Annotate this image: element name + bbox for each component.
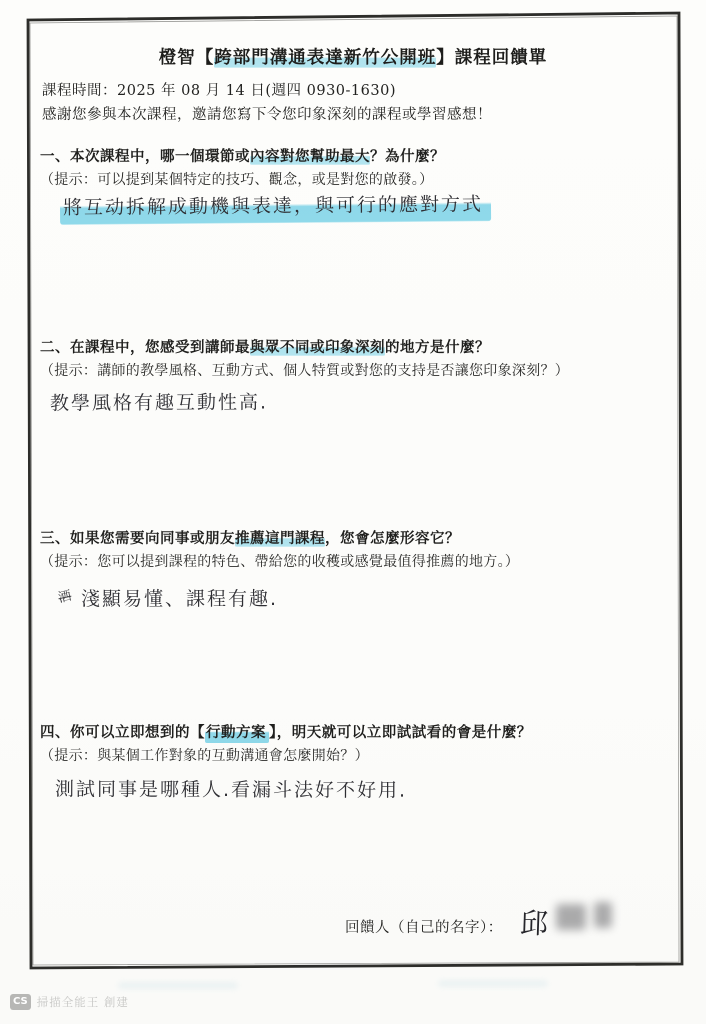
- question-2-hint: （提示：講師的教學風格、互動方式、個人特質或對您的支持是否讓您印象深刻？）: [40, 360, 569, 380]
- question-4-highlighted: 行動方案: [205, 724, 269, 743]
- question-2: 二、在課程中，您感受到講師最與眾不同或印象深刻的地方是什麼？: [40, 336, 490, 357]
- question-2-suffix: 的地方是什麼？: [385, 339, 490, 356]
- signature-handwriting: 邱: [519, 902, 548, 943]
- form-title-suffix: 】課程回饋單: [436, 48, 547, 68]
- question-2-prefix: 二、在課程中，您感受到講師最: [40, 339, 250, 356]
- answer-3-scratched-char: 洒: [56, 585, 73, 606]
- scanner-watermark: CS 掃描全能王 創建: [10, 994, 129, 1010]
- course-time: 課程時間：2025 年 08 月 14 日(週四 0930-1630): [42, 79, 396, 100]
- question-1: 一、本次課程中，哪一個環節或內容對您幫助最大？為什麼？: [40, 145, 445, 166]
- scan-smudge: [438, 980, 548, 987]
- form-title-highlighted: 跨部門溝通表達新竹公開班: [214, 48, 436, 68]
- signature-redacted-blob: [556, 904, 586, 930]
- answer-3-text: 淺顯易懂、課程有趣.: [81, 588, 278, 610]
- answer-1-handwriting: 將互动拆解成動機與表達，與可行的應對方式: [60, 188, 491, 225]
- question-3-prefix: 三、如果您需要向同事或朋友: [40, 530, 235, 547]
- question-4-prefix: 四、你可以立即想到的【: [40, 724, 205, 741]
- signature-redacted-blob: [594, 902, 612, 928]
- question-4: 四、你可以立即想到的【行動方案】，明天就可以立即試試看的會是什麼？: [40, 721, 532, 742]
- question-3: 三、如果您需要向同事或朋友推薦這門課程，您會怎麼形容它？: [40, 527, 460, 548]
- question-3-highlighted: 推薦這門課程: [235, 530, 325, 547]
- scan-smudge: [118, 982, 238, 989]
- question-4-hint: （提示：與某個工作對象的互動溝通會怎麼開始？）: [40, 745, 369, 765]
- question-4-suffix: 】，明天就可以立即試試看的會是什麼？: [269, 724, 532, 741]
- answer-3-handwriting: 洒淺顯易懂、課程有趣.: [58, 584, 278, 611]
- question-1-hint: （提示：可以提到某個特定的技巧、觀念，或是對您的啟發。）: [40, 169, 433, 189]
- answer-4-handwriting: 測試同事是哪種人.看漏斗法好不好用.: [55, 774, 407, 802]
- question-2-highlighted: 與眾不同或印象深刻: [250, 339, 385, 356]
- question-1-highlighted: 內容對您幫助最大: [250, 148, 370, 165]
- intro-text: 感謝您參與本次課程，邀請您寫下令您印象深刻的課程或學習感想！: [42, 103, 492, 124]
- scanned-paper: 橙智【跨部門溝通表達新竹公開班】課程回饋單 課程時間：2025 年 08 月 1…: [0, 0, 706, 1024]
- form-title-prefix: 橙智【: [159, 48, 215, 68]
- signature-label: 回饋人（自己的名字）：: [345, 916, 503, 937]
- question-3-hint: （提示：您可以提到課程的特色、帶給您的收穫或感覺最值得推薦的地方。）: [40, 551, 519, 571]
- form-title: 橙智【跨部門溝通表達新竹公開班】課程回饋單: [0, 44, 706, 69]
- answer-2-handwriting: 教學風格有趣互動性高.: [50, 387, 268, 415]
- question-1-prefix: 一、本次課程中，哪一個環節或: [40, 148, 250, 165]
- camscanner-logo-icon: CS: [10, 994, 31, 1010]
- question-3-suffix: ，您會怎麼形容它？: [325, 530, 460, 547]
- scanner-watermark-text: 掃描全能王 創建: [37, 994, 129, 1010]
- question-1-suffix: ？為什麼？: [370, 148, 445, 165]
